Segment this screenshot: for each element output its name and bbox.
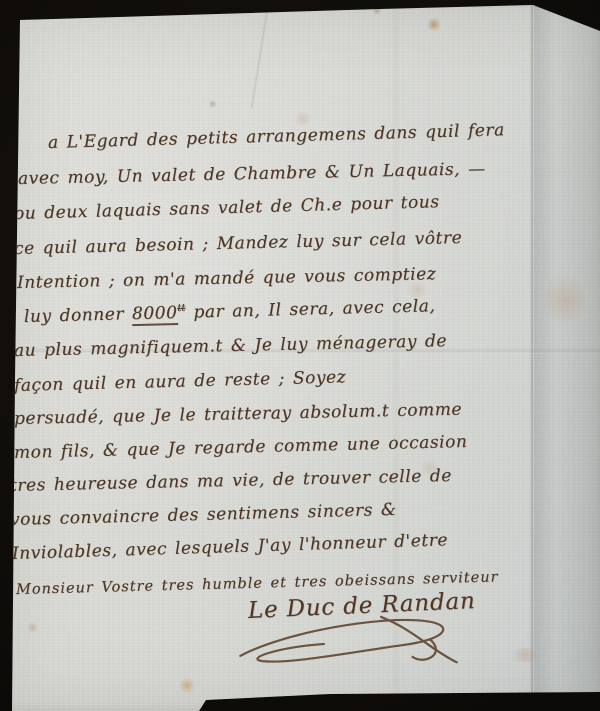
foxing-spot — [26, 622, 39, 633]
letter-line: tres heureuse dans ma vie, de trouver ce… — [10, 466, 452, 496]
livres-unit: tt — [177, 303, 185, 314]
foxing-spot — [508, 648, 542, 662]
letter-line: avec moy, Un valet de Chambre & Un Laqua… — [18, 159, 486, 189]
vertical-fold-crease — [530, 0, 534, 711]
foxing-spot — [292, 112, 314, 126]
letter-line: ce quil aura besoin ; Mandez luy sur cel… — [14, 228, 463, 259]
amount-post-text: par an, Il sera, avec cela, — [185, 296, 435, 323]
foxing-spot — [426, 18, 442, 31]
photo-background: a L'Egard des petits arrangemens dans qu… — [0, 0, 600, 711]
letter-line-amount: luy donner 8000tt par an, Il sera, avec … — [24, 296, 436, 327]
amount-value: 8000 — [132, 303, 178, 326]
letter-line: façon quil en aura de reste ; Soyez — [14, 367, 347, 396]
letter-line: persuadé, que Je le traitteray absolum.t… — [14, 400, 462, 429]
foxing-spot — [208, 100, 217, 108]
foxing-spot — [372, 6, 382, 15]
signature: Le Duc de Randan — [247, 588, 476, 624]
foxing-spot — [178, 678, 196, 693]
letter-line: au plus magnifiquem.t & Je luy ménageray… — [14, 331, 447, 361]
letter-line: vous convaincre des sentimens sincers & — [10, 500, 397, 530]
letter-line: mon fils, & que Je regarde comme une occ… — [14, 432, 468, 463]
amount-pre-text: luy donner — [24, 304, 133, 327]
letter-paper: a L'Egard des petits arrangemens dans qu… — [0, 0, 600, 711]
foxing-spot — [545, 270, 585, 330]
paper-fold-panel — [534, 0, 600, 711]
letter-line: ou deux laquais sans valet de Ch.e pour … — [14, 192, 440, 224]
diagonal-crease — [250, 4, 270, 108]
letter-line: Intention ; on m'a mandé que vous compti… — [17, 264, 437, 293]
letter-line: Inviolables, avec lesquels J'ay l'honneu… — [12, 530, 449, 564]
letter-line: a L'Egard des petits arrangemens dans qu… — [48, 120, 505, 153]
